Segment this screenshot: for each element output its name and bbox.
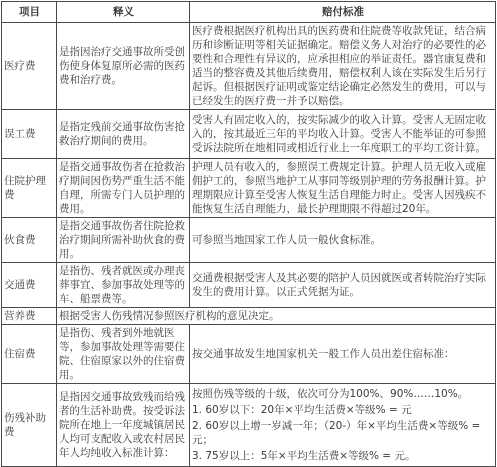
item-cell: 住宿费 — [2, 325, 57, 384]
table-row-transport: 交通费 是指伤、残者就医或办理丧葬事宜、参加事故处理等的车、船票费等。 交通费根… — [2, 263, 496, 308]
compensation-table: 项目 释义 赔付标准 医疗费 是指因治疗交通事故所受创伤使身体复原所必需的医药费… — [1, 1, 496, 396]
header-item: 项目 — [2, 2, 57, 23]
table-row-lodging: 住宿费 是指伤、残者到外地就医等，参加事故处理等需要住院、住宿原家以外的住宿费用… — [2, 325, 496, 384]
definition-cell: 是指因交通事故致残而给残者的生活补助费。按受诉法院所在地上一年度城镇居民人均可支… — [57, 384, 190, 397]
table-row-lost-wages: 误工费 是指定残前交通事故伤害抢救治疗期间的费用。 受害人有固定收入的，按实际减… — [2, 110, 496, 159]
header-definition: 释义 — [57, 2, 190, 23]
standard-cell: 按交通事故发生地国家机关一般工作人员出差住宿标准： — [190, 325, 496, 384]
definition-cell: 是指定残前交通事故伤害抢救治疗期间的费用。 — [57, 110, 190, 159]
standard-cell: 按照伤残等级的十级，依次可分为100%、90%……10%。 1. 60岁以下：2… — [190, 384, 496, 397]
standard-cell: 交通费根据受害人及其必要的陪护人员因就医或者转院治疗实际发生的费用计算。以正式凭… — [190, 263, 496, 308]
table-row-medical: 医疗费 是指因治疗交通事故所受创伤使身体复原所必需的医药费和治疗费。 医疗费根据… — [2, 23, 496, 110]
definition-cell: 是指交通事故伤者在抢救治疗期间因伤势严重生活不能自理，所需专门人员护理的费用。 — [57, 159, 190, 218]
standard-cell: 可参照当地国家工作人员一般伙食标准。 — [190, 218, 496, 263]
table-row-disability: 伤残补助费 是指因交通事故致残而给残者的生活补助费。按受诉法院所在地上一年度城镇… — [2, 384, 496, 397]
item-cell: 伤残补助费 — [2, 384, 57, 397]
table-row-nutrition: 营养费 根据受害人伤残情况参照医疗机构的意见决定。 — [2, 308, 496, 325]
definition-cell: 根据受害人伤残情况参照医疗机构的意见决定。 — [57, 308, 496, 325]
item-cell: 住院护理费 — [2, 159, 57, 218]
standard-cell: 受害人有固定收入的，按实际减少的收入计算。受害人无固定收入的，按其最近三年的平均… — [190, 110, 496, 159]
standard-cell: 医疗费根据医疗机构出具的医药费和住院费等收款凭证，结合病历和诊断证明等相关证据确… — [190, 23, 496, 110]
standard-line: 按照伤残等级的十级，依次可分为100%、90%……10%。 — [192, 387, 494, 396]
item-cell: 营养费 — [2, 308, 57, 325]
standard-cell: 护理人员有收入的，参照误工费规定计算。护理人员无收入或雇佣护工的，参照当地护工从… — [190, 159, 496, 218]
definition-cell: 是指交通事故伤者住院抢救治疗期间所需补助伙食的费用。 — [57, 218, 190, 263]
item-cell: 医疗费 — [2, 23, 57, 110]
item-cell: 交通费 — [2, 263, 57, 308]
header-standard: 赔付标准 — [190, 2, 496, 23]
table-row-nursing: 住院护理费 是指交通事故伤者在抢救治疗期间因伤势严重生活不能自理，所需专门人员护… — [2, 159, 496, 218]
header-row: 项目 释义 赔付标准 — [2, 2, 496, 23]
definition-cell: 是指伤、残者到外地就医等，参加事故处理等需要住院、住宿原家以外的住宿费用。 — [57, 325, 190, 384]
definition-cell: 是指因治疗交通事故所受创伤使身体复原所必需的医药费和治疗费。 — [57, 23, 190, 110]
item-cell: 误工费 — [2, 110, 57, 159]
item-cell: 伙食费 — [2, 218, 57, 263]
definition-cell: 是指伤、残者就医或办理丧葬事宜、参加事故处理等的车、船票费等。 — [57, 263, 190, 308]
table-row-meals: 伙食费 是指交通事故伤者住院抢救治疗期间所需补助伙食的费用。 可参照当地国家工作… — [2, 218, 496, 263]
